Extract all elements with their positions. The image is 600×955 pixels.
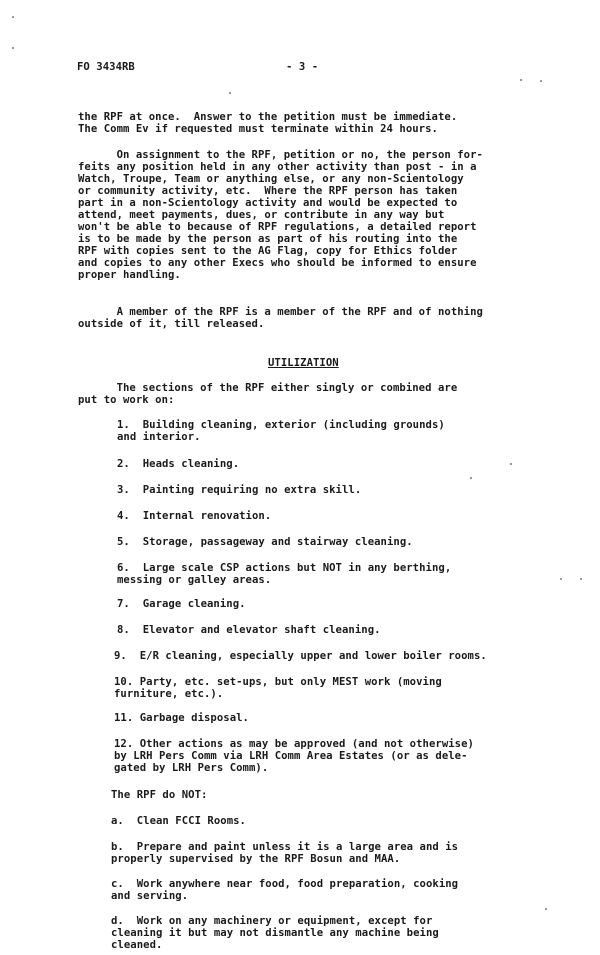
- text-line: 10. Party, etc. set-ups, but only MEST w…: [114, 677, 442, 689]
- text-line: outside of it, till released.: [78, 319, 264, 331]
- page-number: - 3 -: [286, 62, 318, 74]
- text-line: The Comm Ev if requested must terminate …: [78, 124, 438, 136]
- text-line: the RPF at once. Answer to the petition …: [78, 112, 457, 124]
- text-line: proper handling.: [78, 270, 181, 282]
- text-line: or community activity, etc. Where the RP…: [78, 186, 457, 198]
- scan-speck: [12, 47, 14, 49]
- section-title: UTILIZATION: [268, 358, 339, 370]
- text-line: 4. Internal renovation.: [117, 511, 271, 523]
- text-line: by LRH Pers Comm via LRH Comm Area Estat…: [114, 751, 468, 763]
- text-line: cleaned.: [111, 940, 162, 952]
- text-line: cleaning it but may not dismantle any ma…: [111, 928, 439, 940]
- scan-speck: [545, 908, 547, 910]
- text-line: furniture, etc.).: [114, 689, 223, 701]
- text-line: 11. Garbage disposal.: [114, 713, 249, 725]
- text-line: messing or galley areas.: [117, 575, 271, 587]
- text-line: c. Work anywhere near food, food prepara…: [111, 879, 458, 891]
- document-id: FO 3434RB: [77, 62, 135, 74]
- text-line: properly supervised by the RPF Bosun and…: [111, 854, 400, 866]
- scan-speck: [510, 463, 512, 465]
- scan-speck: [540, 80, 542, 82]
- text-line: The sections of the RPF either singly or…: [78, 383, 457, 395]
- text-line: 7. Garage cleaning.: [117, 599, 246, 611]
- text-line: 6. Large scale CSP actions but NOT in an…: [117, 563, 451, 575]
- text-line: and copies to any other Execs who should…: [78, 258, 477, 270]
- text-line: a. Clean FCCI Rooms.: [111, 816, 246, 828]
- text-line: feits any position held in any other act…: [78, 162, 477, 174]
- text-line: gated by LRH Pers Comm).: [114, 763, 268, 775]
- text-line: 9. E/R cleaning, especially upper and lo…: [114, 651, 487, 663]
- text-line: part in a non-Scientology activity and w…: [78, 198, 457, 210]
- text-line: 5. Storage, passageway and stairway clea…: [117, 537, 413, 549]
- do-not-heading: The RPF do NOT:: [111, 790, 207, 802]
- text-line: 12. Other actions as may be approved (an…: [114, 739, 474, 751]
- text-line: b. Prepare and paint unless it is a larg…: [111, 842, 458, 854]
- text-line: put to work on:: [78, 395, 174, 407]
- scan-speck: [520, 79, 522, 81]
- text-line: 1. Building cleaning, exterior (includin…: [117, 420, 445, 432]
- text-line: attend, meet payments, dues, or contribu…: [78, 210, 444, 222]
- scan-speck: [12, 16, 14, 18]
- scan-speck: [229, 92, 231, 94]
- text-line: RPF with copies sent to the AG Flag, cop…: [78, 246, 457, 258]
- text-line: and serving.: [111, 891, 188, 903]
- text-line: 2. Heads cleaning.: [117, 459, 239, 471]
- text-line: Watch, Troupe, Team or anything else, or…: [78, 174, 464, 186]
- text-line: A member of the RPF is a member of the R…: [78, 307, 483, 319]
- text-line: 8. Elevator and elevator shaft cleaning.: [117, 625, 381, 637]
- scan-speck: [470, 477, 472, 479]
- text-line: is to be made by the person as part of h…: [78, 234, 457, 246]
- scan-speck: [560, 578, 562, 580]
- text-line: won't be able to because of RPF regulati…: [78, 222, 477, 234]
- scan-speck: [580, 578, 582, 580]
- text-line: and interior.: [117, 432, 201, 444]
- text-line: d. Work on any machinery or equipment, e…: [111, 916, 432, 928]
- text-line: 3. Painting requiring no extra skill.: [117, 485, 361, 497]
- text-line: On assignment to the RPF, petition or no…: [78, 150, 483, 162]
